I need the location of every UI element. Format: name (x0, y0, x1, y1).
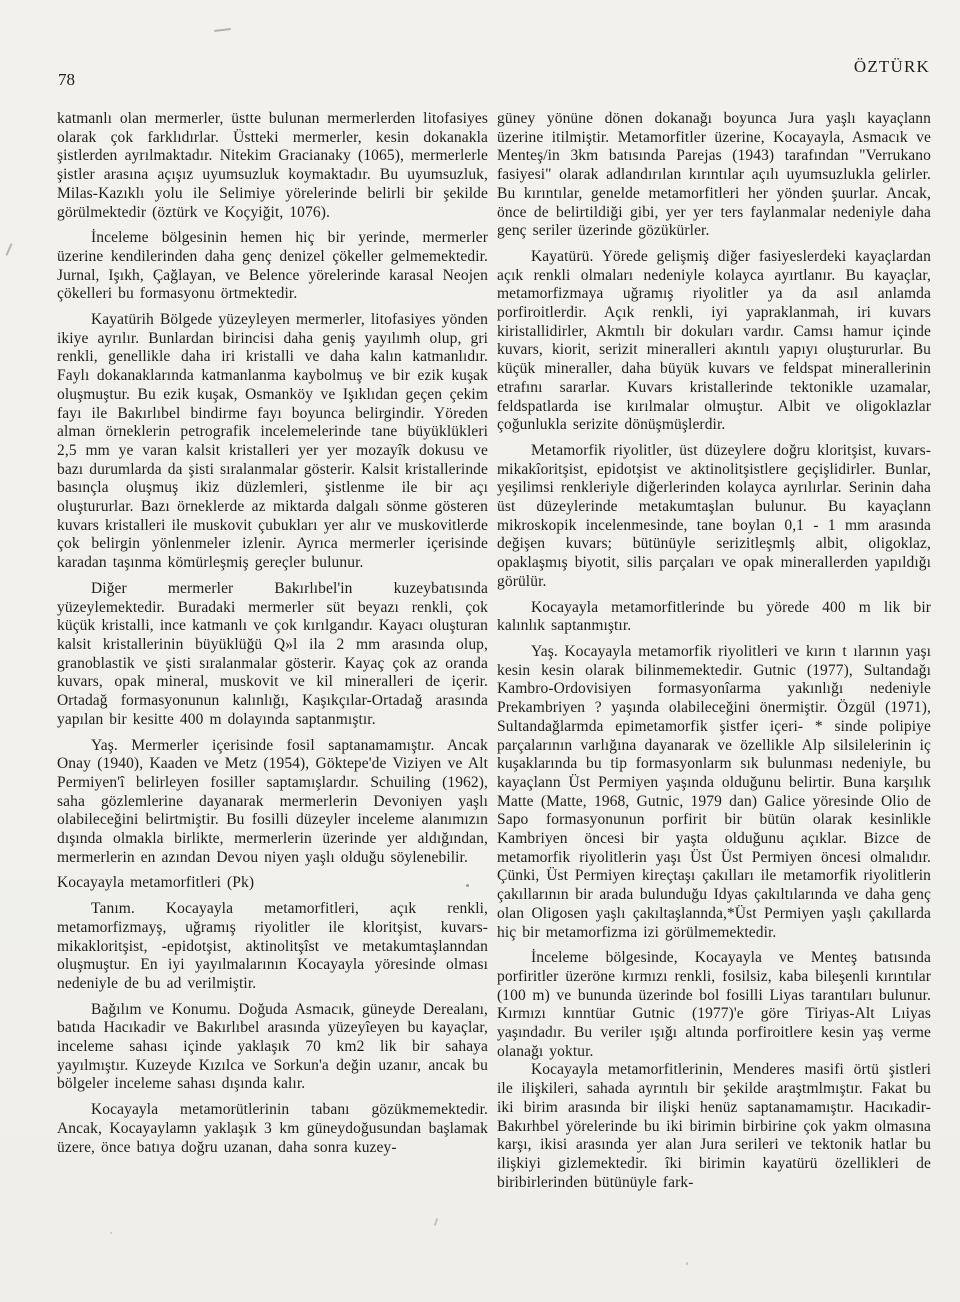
two-column-text-block: katmanlı olan mermerler, üstte bulunan m… (57, 110, 931, 1199)
paragraph-left-5: Yaş. Mermerler içerisinde fosil saptanam… (57, 737, 488, 868)
paragraph-left-8: Bağılım ve Konumu. Doğuda Asmacık, güney… (57, 1001, 488, 1095)
paragraph-right-7: Kocayayla metamorfitlerinin, Menderes ma… (497, 1061, 931, 1192)
scan-artifact (5, 243, 12, 256)
section-heading-left-6: Kocayayla metamorfitleri (Pk) (57, 874, 488, 893)
scanned-page: 78 ÖZTÜRK katmanlı olan mermerler, üstte… (0, 0, 960, 1302)
left-column: katmanlı olan mermerler, üstte bulunan m… (57, 110, 488, 1199)
paragraph-right-4: Kocayayla metamorfitlerinde bu yörede 40… (497, 599, 931, 636)
running-head-author: ÖZTÜRK (854, 57, 930, 77)
scan-artifact (434, 1218, 438, 1226)
right-column: güney yönüne dönen dokanağı boyunca Jura… (497, 110, 931, 1199)
scan-artifact (466, 884, 469, 887)
scan-artifact (110, 1232, 112, 1234)
paragraph-right-3: Metamorfik riyolitler, üst düzeylere doğ… (497, 442, 931, 592)
paragraph-left-9: Kocayayla metamorütlerinin tabanı gözükm… (57, 1101, 488, 1157)
scan-artifact (92, 153, 94, 155)
paragraph-right-6: İnceleme bölgesinde, Kocayayla ve Menteş… (497, 949, 931, 1061)
page-number: 78 (58, 70, 75, 90)
paragraph-right-1: güney yönüne dönen dokanağı boyunca Jura… (497, 110, 931, 241)
scan-artifact (214, 28, 231, 32)
paragraph-right-2: Kayatürü. Yörede gelişmiş diğer fasiyesl… (497, 248, 931, 435)
paragraph-right-5: Yaş. Kocayayla metamorfik riyolitleri ve… (497, 643, 931, 942)
paragraph-left-7: Tanım. Kocayayla metamorfitleri, açık re… (57, 900, 488, 994)
paragraph-left-1: katmanlı olan mermerler, üstte bulunan m… (57, 110, 488, 222)
scan-artifact (686, 1262, 688, 1265)
paragraph-left-4: Diğer mermerler Bakırlıbel'in kuzeybatıs… (57, 580, 488, 730)
paragraph-left-3: Kayatürih Bölgede yüzeyleyen mermerler, … (57, 311, 488, 573)
scan-artifact (740, 120, 742, 123)
paragraph-left-2: İnceleme bölgesinin hemen hiç bir yerind… (57, 229, 488, 304)
